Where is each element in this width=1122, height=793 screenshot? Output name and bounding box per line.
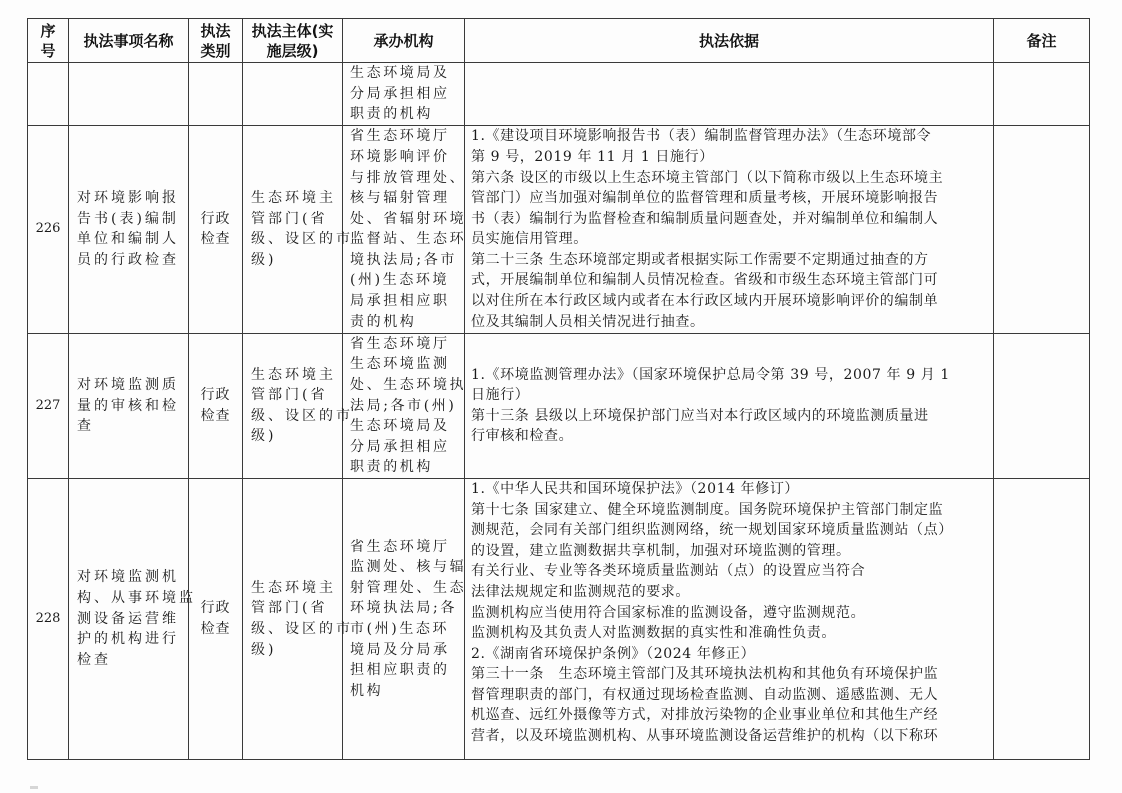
cell-subject: 生态环境主 管部门(省 级、设区的市 级) — [243, 478, 343, 759]
subject-line: 级) — [251, 640, 336, 661]
header-index: 序 号 — [28, 19, 69, 63]
cell-basis: 1.《中华人民共和国环境保护法》（2014 年修订） 第十七条 国家建立、健全环… — [465, 478, 994, 759]
basis-line: 第十三条 县级以上环境保护部门应当对本行政区域内的环境监测质量进 — [471, 406, 987, 427]
basis-line: 的设置，建立监测数据共享机制，加强对环境监测的管理。 — [471, 541, 987, 562]
header-subject: 执法主体(实 施层级) — [243, 19, 343, 63]
item-name-line: 量的审核和检 — [77, 396, 182, 417]
agency-line: 省生态环境厅 — [350, 537, 460, 558]
agency-line: 担相应职责的 — [350, 660, 460, 681]
agency-line: 职责的机构 — [350, 104, 460, 125]
subject-line: 级、设区的市 — [251, 229, 336, 250]
item-name-line: 对环境监测质 — [77, 375, 182, 396]
cell-agency: 省生态环境厅 生态环境监测 处、生态环境执 法局;各市(州) 生态环境局及 分局… — [343, 333, 465, 478]
table-row: 生态环境局及 分局承担相应 职责的机构 — [28, 63, 1090, 126]
cell-category: 行政 检查 — [189, 333, 243, 478]
agency-line: 省生态环境厅 — [350, 126, 460, 147]
cell-agency: 省生态环境厅 环境影响评价 与排放管理处、 核与辐射管理 处、省辐射环境 监督站… — [343, 125, 465, 333]
cell-category — [189, 63, 243, 126]
category-line: 行政 — [189, 209, 242, 230]
cell-subject: 生态环境主 管部门(省 级、设区的市 级) — [243, 333, 343, 478]
basis-line: 监测机构及其负责人对监测数据的真实性和准确性负责。 — [471, 623, 987, 644]
basis-line: 机巡查、远红外摄像等方式，对排放污染物的企业事业单位和其他生产经 — [471, 705, 987, 726]
subject-line: 生态环境主 — [251, 578, 336, 599]
basis-line: 2.《湖南省环境保护条例》（2024 年修正） — [471, 644, 987, 665]
basis-line: 1.《建设项目环境影响报告书（表）编制监督管理办法》（生态环境部令 — [471, 126, 987, 147]
cell-item-name: 对环境影响报 告书(表)编制 单位和编制人 员的行政检查 — [69, 125, 189, 333]
basis-line: 管部门）应当加强对编制单位的监督管理和质量考核，开展环境影响报告 — [471, 188, 987, 209]
cell-index: 227 — [28, 333, 69, 478]
header-remark: 备注 — [994, 19, 1090, 63]
subject-line: 管部门(省 — [251, 385, 336, 406]
basis-line: 第六条 设区的市级以上生态环境主管部门（以下简称市级以上生态环境主 — [471, 168, 987, 189]
basis-line: 以对住所在本行政区域内或者在本行政区域内开展环境影响评价的编制单 — [471, 291, 987, 312]
basis-line: 监测机构应当使用符合国家标准的监测设备，遵守监测规范。 — [471, 603, 987, 624]
cell-item-name — [69, 63, 189, 126]
basis-line: 法律法规规定和监测规范的要求。 — [471, 582, 987, 603]
agency-line: 与排放管理处、 — [350, 168, 460, 189]
header-category: 执法 类别 — [189, 19, 243, 63]
agency-line: 境局及分局承 — [350, 640, 460, 661]
cell-agency: 省生态环境厅 监测处、核与辐 射管理处、生态 环境执法局;各 市(州)生态环 境… — [343, 478, 465, 759]
basis-line: 日施行） — [471, 385, 987, 406]
agency-line: 射管理处、生态 — [350, 578, 460, 599]
agency-line: 局承担相应职 — [350, 291, 460, 312]
agency-line: 境执法局;各市 — [350, 250, 460, 271]
category-line: 行政 — [189, 385, 242, 406]
item-name-line: 护的机构进行 — [77, 629, 182, 650]
header-basis: 执法依据 — [465, 19, 994, 63]
cell-remark — [994, 63, 1090, 126]
item-name-line: 告书(表)编制 — [77, 209, 182, 230]
cell-item-name: 对环境监测机 构、从事环境监 测设备运营维 护的机构进行 检查 — [69, 478, 189, 759]
basis-line: 有关行业、专业等各类环境质量监测站（点）的设置应当符合 — [471, 561, 987, 582]
table-row: 228 对环境监测机 构、从事环境监 测设备运营维 护的机构进行 检查 行政 检… — [28, 478, 1090, 759]
cell-item-name: 对环境监测质 量的审核和检 查 — [69, 333, 189, 478]
header-agency: 承办机构 — [343, 19, 465, 63]
category-line: 检查 — [189, 406, 242, 427]
cell-index — [28, 63, 69, 126]
cell-basis — [465, 63, 994, 126]
agency-line: 环境执法局;各 — [350, 598, 460, 619]
item-name-line: 检查 — [77, 650, 182, 671]
cell-remark — [994, 478, 1090, 759]
agency-line: 分局承担相应 — [350, 84, 460, 105]
cell-index: 228 — [28, 478, 69, 759]
basis-line: 行审核和检查。 — [471, 426, 987, 447]
subject-line: 级) — [251, 250, 336, 271]
subject-line: 级、设区的市 — [251, 619, 336, 640]
header-row: 序 号 执法事项名称 执法 类别 执法主体(实 施层级) 承办机构 执法依据 备… — [28, 19, 1090, 63]
category-line: 检查 — [189, 619, 242, 640]
agency-line: 处、省辐射环境 — [350, 209, 460, 230]
header-subject-line: 施层级) — [243, 41, 342, 61]
scan-artifact — [30, 786, 38, 789]
item-name-line: 单位和编制人 — [77, 229, 182, 250]
agency-line: 处、生态环境执 — [350, 375, 460, 396]
item-name-line: 测设备运营维 — [77, 609, 182, 630]
agency-line: 监督站、生态环 — [350, 229, 460, 250]
enforcement-items-table: 序 号 执法事项名称 执法 类别 执法主体(实 施层级) 承办机构 执法依据 备… — [27, 18, 1090, 760]
subject-line: 生态环境主 — [251, 188, 336, 209]
subject-line: 级) — [251, 426, 336, 447]
agency-line: 核与辐射管理 — [350, 188, 460, 209]
cell-category: 行政 检查 — [189, 478, 243, 759]
basis-line: 测规范，会同有关部门组织监测网络，统一规划国家环境质量监测站（点） — [471, 520, 987, 541]
basis-line: 1.《环境监测管理办法》（国家环境保护总局令第 39 号，2007 年 9 月 … — [471, 365, 987, 386]
header-index-line: 序 — [28, 21, 68, 41]
basis-line: 第十七条 国家建立、健全环境监测制度。国务院环境保护主管部门制定监 — [471, 500, 987, 521]
cell-basis: 1.《环境监测管理办法》（国家环境保护总局令第 39 号，2007 年 9 月 … — [465, 333, 994, 478]
agency-line: 职责的机构 — [350, 457, 460, 478]
cell-agency: 生态环境局及 分局承担相应 职责的机构 — [343, 63, 465, 126]
item-name-line: 员的行政检查 — [77, 250, 182, 271]
subject-line: 管部门(省 — [251, 209, 336, 230]
cell-remark — [994, 125, 1090, 333]
basis-line: 第 9 号，2019 年 11 月 1 日施行） — [471, 147, 987, 168]
item-name-line: 构、从事环境监 — [77, 588, 182, 609]
subject-line: 生态环境主 — [251, 365, 336, 386]
header-subject-line: 执法主体(实 — [243, 21, 342, 41]
item-name-line: 对环境监测机 — [77, 567, 182, 588]
agency-line: 省生态环境厅 — [350, 334, 460, 355]
cell-index: 226 — [28, 125, 69, 333]
agency-line: 生态环境局及 — [350, 63, 460, 84]
cell-subject: 生态环境主 管部门(省 级、设区的市 级) — [243, 125, 343, 333]
basis-line: 位及其编制人员相关情况进行抽查。 — [471, 312, 987, 333]
basis-line: 营者，以及环境监测机构、从事环境监测设备运营维护的机构（以下称环 — [471, 726, 987, 747]
cell-basis: 1.《建设项目环境影响报告书（表）编制监督管理办法》（生态环境部令 第 9 号，… — [465, 125, 994, 333]
category-line: 检查 — [189, 229, 242, 250]
agency-line: 责的机构 — [350, 312, 460, 333]
basis-line: 式，开展编制单位和编制人员情况检查。省级和市级生态环境主管部门可 — [471, 270, 987, 291]
category-line: 行政 — [189, 598, 242, 619]
basis-line: 员实施信用管理。 — [471, 229, 987, 250]
agency-line: 生态环境局及 — [350, 416, 460, 437]
agency-line: 分局承担相应 — [350, 437, 460, 458]
agency-line: 机构 — [350, 681, 460, 702]
subject-line: 管部门(省 — [251, 598, 336, 619]
agency-line: (州)生态环境 — [350, 270, 460, 291]
agency-line: 市(州)生态环 — [350, 619, 460, 640]
header-category-line: 类别 — [189, 41, 242, 61]
cell-category: 行政 检查 — [189, 125, 243, 333]
basis-line: 第二十三条 生态环境部定期或者根据实际工作需要不定期通过抽查的方 — [471, 250, 987, 271]
basis-line: 督管理职责的部门，有权通过现场检查监测、自动监测、遥感监测、无人 — [471, 685, 987, 706]
header-index-line: 号 — [28, 41, 68, 61]
agency-line: 法局;各市(州) — [350, 396, 460, 417]
cell-subject — [243, 63, 343, 126]
item-name-line: 对环境影响报 — [77, 188, 182, 209]
basis-line: 书（表）编制行为监督检查和编制质量问题查处，并对编制单位和编制人 — [471, 209, 987, 230]
item-name-line: 查 — [77, 416, 182, 437]
agency-line: 环境影响评价 — [350, 147, 460, 168]
agency-line: 监测处、核与辐 — [350, 557, 460, 578]
agency-line: 生态环境监测 — [350, 354, 460, 375]
basis-line: 第三十一条 生态环境主管部门及其环境执法机构和其他负有环境保护监 — [471, 664, 987, 685]
table-row: 227 对环境监测质 量的审核和检 查 行政 检查 生态环境主 管部门(省 级、… — [28, 333, 1090, 478]
header-item-name: 执法事项名称 — [69, 19, 189, 63]
header-category-line: 执法 — [189, 21, 242, 41]
cell-remark — [994, 333, 1090, 478]
table-row: 226 对环境影响报 告书(表)编制 单位和编制人 员的行政检查 行政 检查 生… — [28, 125, 1090, 333]
subject-line: 级、设区的市 — [251, 406, 336, 427]
basis-line: 1.《中华人民共和国环境保护法》（2014 年修订） — [471, 479, 987, 500]
